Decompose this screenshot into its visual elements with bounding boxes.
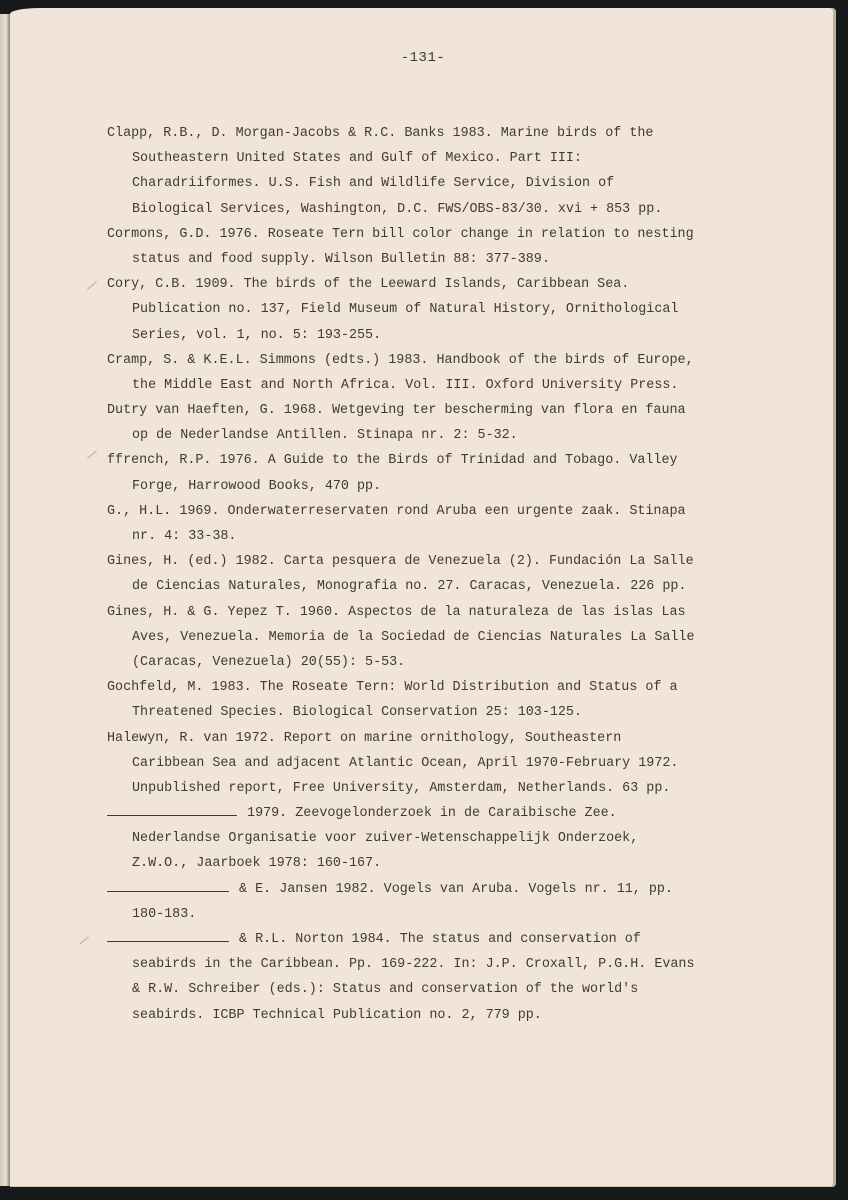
pencil-tick-mark bbox=[87, 450, 97, 458]
reference-line: Gochfeld, M. 1983. The Roseate Tern: Wor… bbox=[107, 675, 747, 700]
book-spine-edge bbox=[0, 14, 10, 1186]
reference-line: & R.W. Schreiber (eds.): Status and cons… bbox=[107, 977, 747, 1002]
reference-line: op de Nederlandse Antillen. Stinapa nr. … bbox=[107, 423, 747, 448]
scanned-document: -131- Clapp, R.B., D. Morgan-Jacobs & R.… bbox=[0, 0, 848, 1200]
reference-line: Publication no. 137, Field Museum of Nat… bbox=[107, 297, 747, 322]
reference-entry: Gines, H. (ed.) 1982. Carta pesquera de … bbox=[107, 549, 747, 599]
reference-line: Cramp, S. & K.E.L. Simmons (edts.) 1983.… bbox=[107, 348, 747, 373]
reference-line: Forge, Harrowood Books, 470 pp. bbox=[107, 474, 747, 499]
ditto-author-rule bbox=[107, 927, 229, 942]
reference-entry: Dutry van Haeften, G. 1968. Wetgeving te… bbox=[107, 398, 747, 448]
reference-line: G., H.L. 1969. Onderwaterreservaten rond… bbox=[107, 499, 747, 524]
reference-line: nr. 4: 33-38. bbox=[107, 524, 747, 549]
reference-line: Threatened Species. Biological Conservat… bbox=[107, 700, 747, 725]
reference-line: Z.W.O., Jaarboek 1978: 160-167. bbox=[107, 851, 747, 876]
page-number: -131- bbox=[10, 50, 836, 66]
reference-entry: Gines, H. & G. Yepez T. 1960. Aspectos d… bbox=[107, 600, 747, 676]
reference-line: Aves, Venezuela. Memoria de la Sociedad … bbox=[107, 625, 747, 650]
pencil-tick-mark bbox=[79, 936, 89, 944]
reference-entry: & E. Jansen 1982. Vogels van Aruba. Voge… bbox=[107, 877, 747, 927]
reference-line: ffrench, R.P. 1976. A Guide to the Birds… bbox=[107, 448, 747, 473]
reference-line: 180-183. bbox=[107, 902, 747, 927]
reference-entry: Cramp, S. & K.E.L. Simmons (edts.) 1983.… bbox=[107, 348, 747, 398]
reference-line: status and food supply. Wilson Bulletin … bbox=[107, 247, 747, 272]
ditto-author-rule bbox=[107, 801, 237, 816]
reference-entry: 1979. Zeevogelonderzoek in de Caraibisch… bbox=[107, 801, 747, 877]
reference-line: 1979. Zeevogelonderzoek in de Caraibisch… bbox=[107, 801, 747, 826]
document-page: -131- Clapp, R.B., D. Morgan-Jacobs & R.… bbox=[10, 8, 836, 1187]
reference-entry: Gochfeld, M. 1983. The Roseate Tern: Wor… bbox=[107, 675, 747, 725]
reference-line: seabirds in the Caribbean. Pp. 169-222. … bbox=[107, 952, 747, 977]
reference-line: Biological Services, Washington, D.C. FW… bbox=[107, 197, 747, 222]
reference-line: Cory, C.B. 1909. The birds of the Leewar… bbox=[107, 272, 747, 297]
reference-line: & E. Jansen 1982. Vogels van Aruba. Voge… bbox=[107, 877, 747, 902]
reference-line: Gines, H. & G. Yepez T. 1960. Aspectos d… bbox=[107, 600, 747, 625]
reference-line: Series, vol. 1, no. 5: 193-255. bbox=[107, 323, 747, 348]
reference-line: Halewyn, R. van 1972. Report on marine o… bbox=[107, 726, 747, 751]
reference-line: the Middle East and North Africa. Vol. I… bbox=[107, 373, 747, 398]
reference-line: Gines, H. (ed.) 1982. Carta pesquera de … bbox=[107, 549, 747, 574]
reference-line: Clapp, R.B., D. Morgan-Jacobs & R.C. Ban… bbox=[107, 121, 747, 146]
reference-line: Caribbean Sea and adjacent Atlantic Ocea… bbox=[107, 751, 747, 776]
reference-line: & R.L. Norton 1984. The status and conse… bbox=[107, 927, 747, 952]
reference-entry: Clapp, R.B., D. Morgan-Jacobs & R.C. Ban… bbox=[107, 121, 747, 222]
reference-entry: Cormons, G.D. 1976. Roseate Tern bill co… bbox=[107, 222, 747, 272]
reference-line-text: & R.L. Norton 1984. The status and conse… bbox=[231, 932, 641, 947]
reference-line-text: 1979. Zeevogelonderzoek in de Caraibisch… bbox=[239, 806, 617, 821]
reference-entry: Cory, C.B. 1909. The birds of the Leewar… bbox=[107, 272, 747, 348]
pencil-tick-mark bbox=[87, 281, 97, 289]
reference-line: seabirds. ICBP Technical Publication no.… bbox=[107, 1003, 747, 1028]
reference-line: Charadriiformes. U.S. Fish and Wildlife … bbox=[107, 171, 747, 196]
ditto-author-rule bbox=[107, 877, 229, 892]
reference-entry: & R.L. Norton 1984. The status and conse… bbox=[107, 927, 747, 1028]
reference-entry: G., H.L. 1969. Onderwaterreservaten rond… bbox=[107, 499, 747, 549]
reference-entry: Halewyn, R. van 1972. Report on marine o… bbox=[107, 726, 747, 802]
reference-line: Cormons, G.D. 1976. Roseate Tern bill co… bbox=[107, 222, 747, 247]
reference-list: Clapp, R.B., D. Morgan-Jacobs & R.C. Ban… bbox=[107, 121, 747, 1028]
reference-line-text: & E. Jansen 1982. Vogels van Aruba. Voge… bbox=[231, 882, 673, 897]
reference-entry: ffrench, R.P. 1976. A Guide to the Birds… bbox=[107, 448, 747, 498]
reference-line: Dutry van Haeften, G. 1968. Wetgeving te… bbox=[107, 398, 747, 423]
reference-line: Nederlandse Organisatie voor zuiver-Wete… bbox=[107, 826, 747, 851]
reference-line: (Caracas, Venezuela) 20(55): 5-53. bbox=[107, 650, 747, 675]
reference-line: Unpublished report, Free University, Ams… bbox=[107, 776, 747, 801]
reference-line: Southeastern United States and Gulf of M… bbox=[107, 146, 747, 171]
reference-line: de Ciencias Naturales, Monografia no. 27… bbox=[107, 574, 747, 599]
